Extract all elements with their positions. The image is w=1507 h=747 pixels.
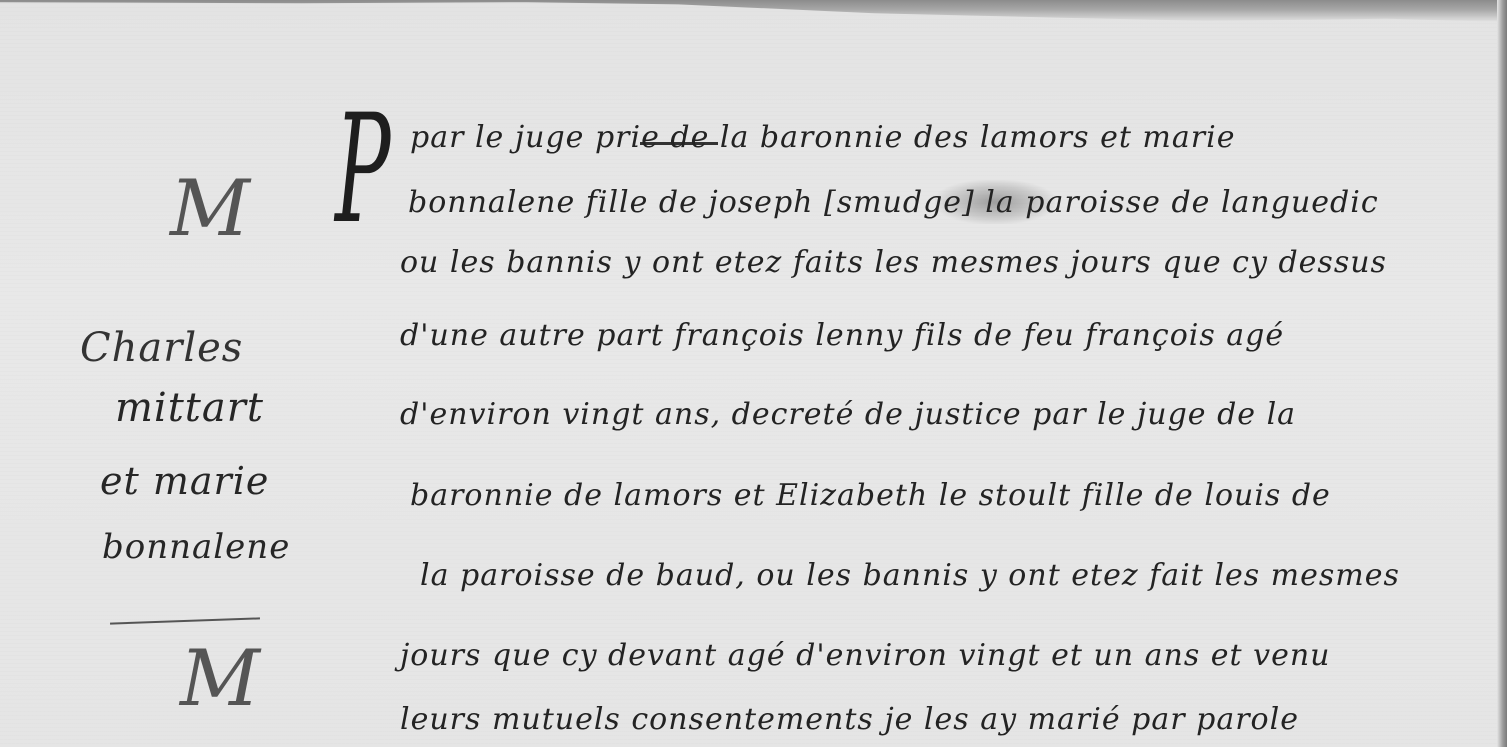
margin-groom-surname: mittart <box>115 388 264 428</box>
text-line-6: baronnie de lamors et Elizabeth le stoul… <box>410 478 1331 513</box>
text-line-9: leurs mutuels consentements je les ay ma… <box>400 702 1299 737</box>
text-line-7: la paroisse de baud, ou les bannis y ont… <box>420 558 1400 593</box>
manuscript-page: M Charles mittart et marie bonnalene M P… <box>0 0 1507 747</box>
left-margin-notes: M Charles mittart et marie bonnalene M <box>60 150 350 747</box>
margin-groom-first-name: Charles <box>80 328 243 368</box>
margin-marriage-mark: M <box>170 170 250 248</box>
text-line-3: ou les bannis y ont etez faits les mesme… <box>400 245 1387 280</box>
text-line-5: d'environ vingt ans, decreté de justice … <box>400 397 1296 432</box>
torn-top-edge <box>0 0 1507 22</box>
text-line-2: bonnalene fille de joseph [smudge] la pa… <box>408 185 1379 220</box>
margin-marriage-mark-2: M <box>180 640 260 718</box>
initial-letter: P <box>335 95 391 245</box>
margin-divider <box>110 617 260 624</box>
text-line-4: d'une autre part françois lenny fils de … <box>400 318 1284 353</box>
text-line-8: jours que cy devant agé d'environ vingt … <box>400 638 1331 673</box>
text-line-1: par le juge prie de la baronnie des lamo… <box>410 120 1235 155</box>
margin-bride-surname: bonnalene <box>102 530 290 564</box>
margin-bride-first-name: et marie <box>100 462 269 500</box>
page-right-edge <box>1497 0 1507 747</box>
